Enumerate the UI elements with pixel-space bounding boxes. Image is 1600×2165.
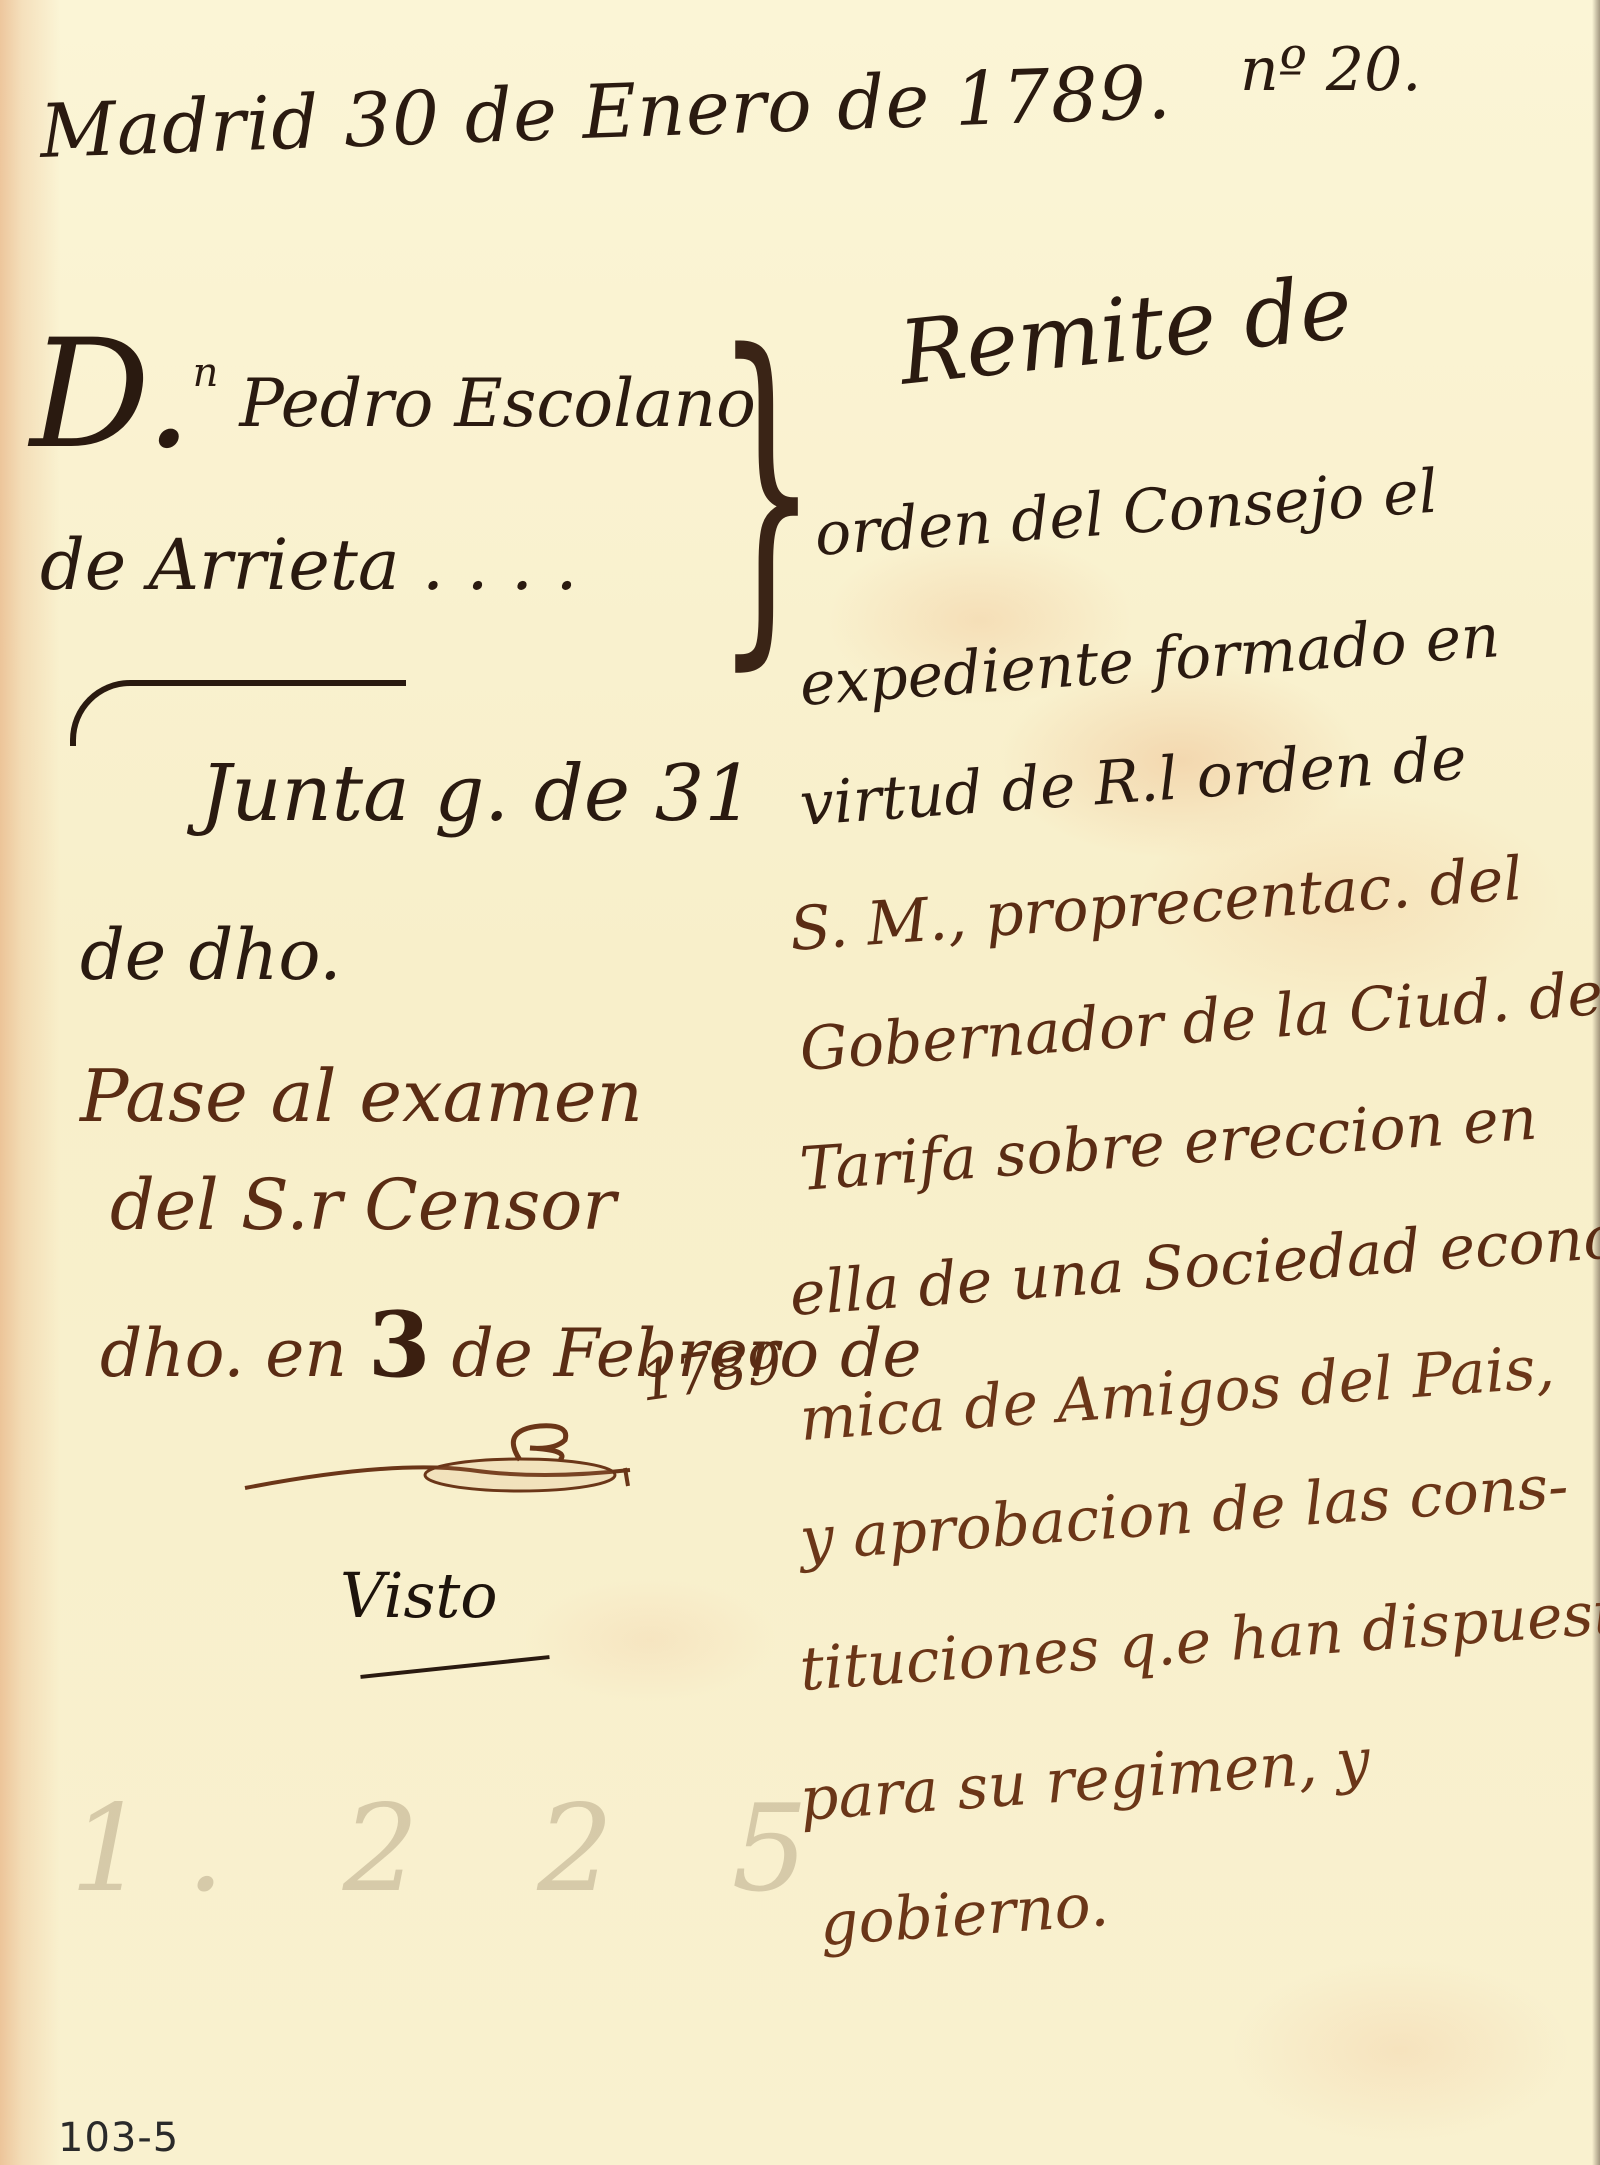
addressee-line-2: de Arrieta . . . . <box>40 530 578 600</box>
summary-line: y aprobacion de las cons- <box>798 1456 1570 1570</box>
summary-line: S. M., proprecentac. del <box>788 849 1524 960</box>
dateline: Madrid 30 de Enero de 1789. <box>39 56 1173 169</box>
manuscript-page: Madrid 30 de Enero de 1789. nº 20. D.n P… <box>0 0 1600 2165</box>
junta-line-2: de dho. <box>80 920 342 990</box>
addressee-name: Pedro Escolano <box>239 365 755 442</box>
resolution-line-1: Pase al examen <box>80 1060 643 1132</box>
summary-line: para su regimen, y <box>798 1730 1372 1830</box>
visto-underline <box>360 1655 549 1679</box>
curly-brace: } <box>715 310 818 670</box>
summary-line: virtud de R.l orden de <box>798 728 1468 834</box>
resolution-line-2: del S.r Censor <box>110 1170 616 1240</box>
summary-line: tituciones q.e han dispuesto <box>798 1580 1600 1700</box>
summary-line: orden del Consejo el <box>813 462 1440 565</box>
summary-line: ella de una Sociedad econo- <box>788 1206 1600 1325</box>
visto-annotation: Visto <box>340 1565 498 1627</box>
junta-line: Junta g. de 31 <box>200 755 754 833</box>
summary-line: Tarifa sobre ereccion en <box>798 1089 1539 1200</box>
resolution-year: 1789 <box>637 1335 786 1410</box>
archive-number: 103-5 <box>58 2118 179 2158</box>
summary-line: expediente formado en <box>798 606 1502 715</box>
addressee-prefix: D. <box>30 308 193 482</box>
document-number: nº 20. <box>1240 40 1421 100</box>
addressee-superscript: n <box>193 350 219 396</box>
page-edge-shadow <box>1592 0 1600 2165</box>
summary-heading: Remite de <box>895 263 1355 398</box>
rubric-signature-icon <box>240 1420 660 1500</box>
junta-flourish <box>70 680 406 746</box>
faint-pencil-marks: 1. 2 2 5 <box>70 1790 848 1910</box>
resolution-day: 3 <box>368 1292 431 1398</box>
summary-line: gobierno. <box>818 1875 1111 1955</box>
resolution-line-3-pre: dho. en <box>100 1315 368 1392</box>
addressee-line-1: D.n Pedro Escolano <box>30 320 756 470</box>
summary-line: Gobernador de la Ciud. de <box>798 964 1600 1080</box>
